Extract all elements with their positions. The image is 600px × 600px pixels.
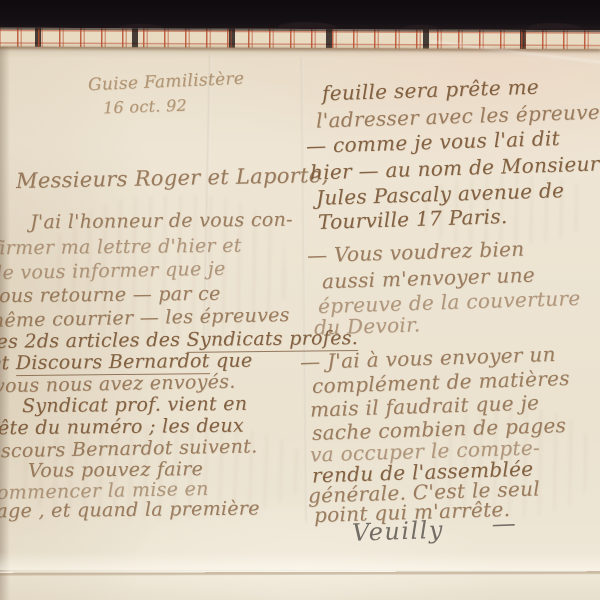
below-fold-shading [0,575,600,600]
heading-date: 16 oct. 92 [103,96,188,118]
right-line-10: du Devoir. [314,312,421,339]
left-line-4: vous retourne — par ce [0,283,221,307]
signature-name: Veuilly [352,516,445,547]
fold-ridge [0,552,600,570]
left-line-14: page , et quand la première [0,498,260,523]
signature-dash: — [491,509,517,538]
left-line-9: Syndicat prof. vient en [22,393,248,417]
letter-photograph: Guise Familistère 16 oct. 92 Messieurs R… [0,0,600,600]
heading-date-text: 16 oct. 92 [103,96,188,118]
signature: Veuilly— [352,513,518,547]
left-line-3: de vous informer que je [0,258,226,285]
left-line-1: J'ai l'honneur de vous con- [30,209,293,234]
left-line-2: firmer ma lettre d'hier et [0,235,242,260]
